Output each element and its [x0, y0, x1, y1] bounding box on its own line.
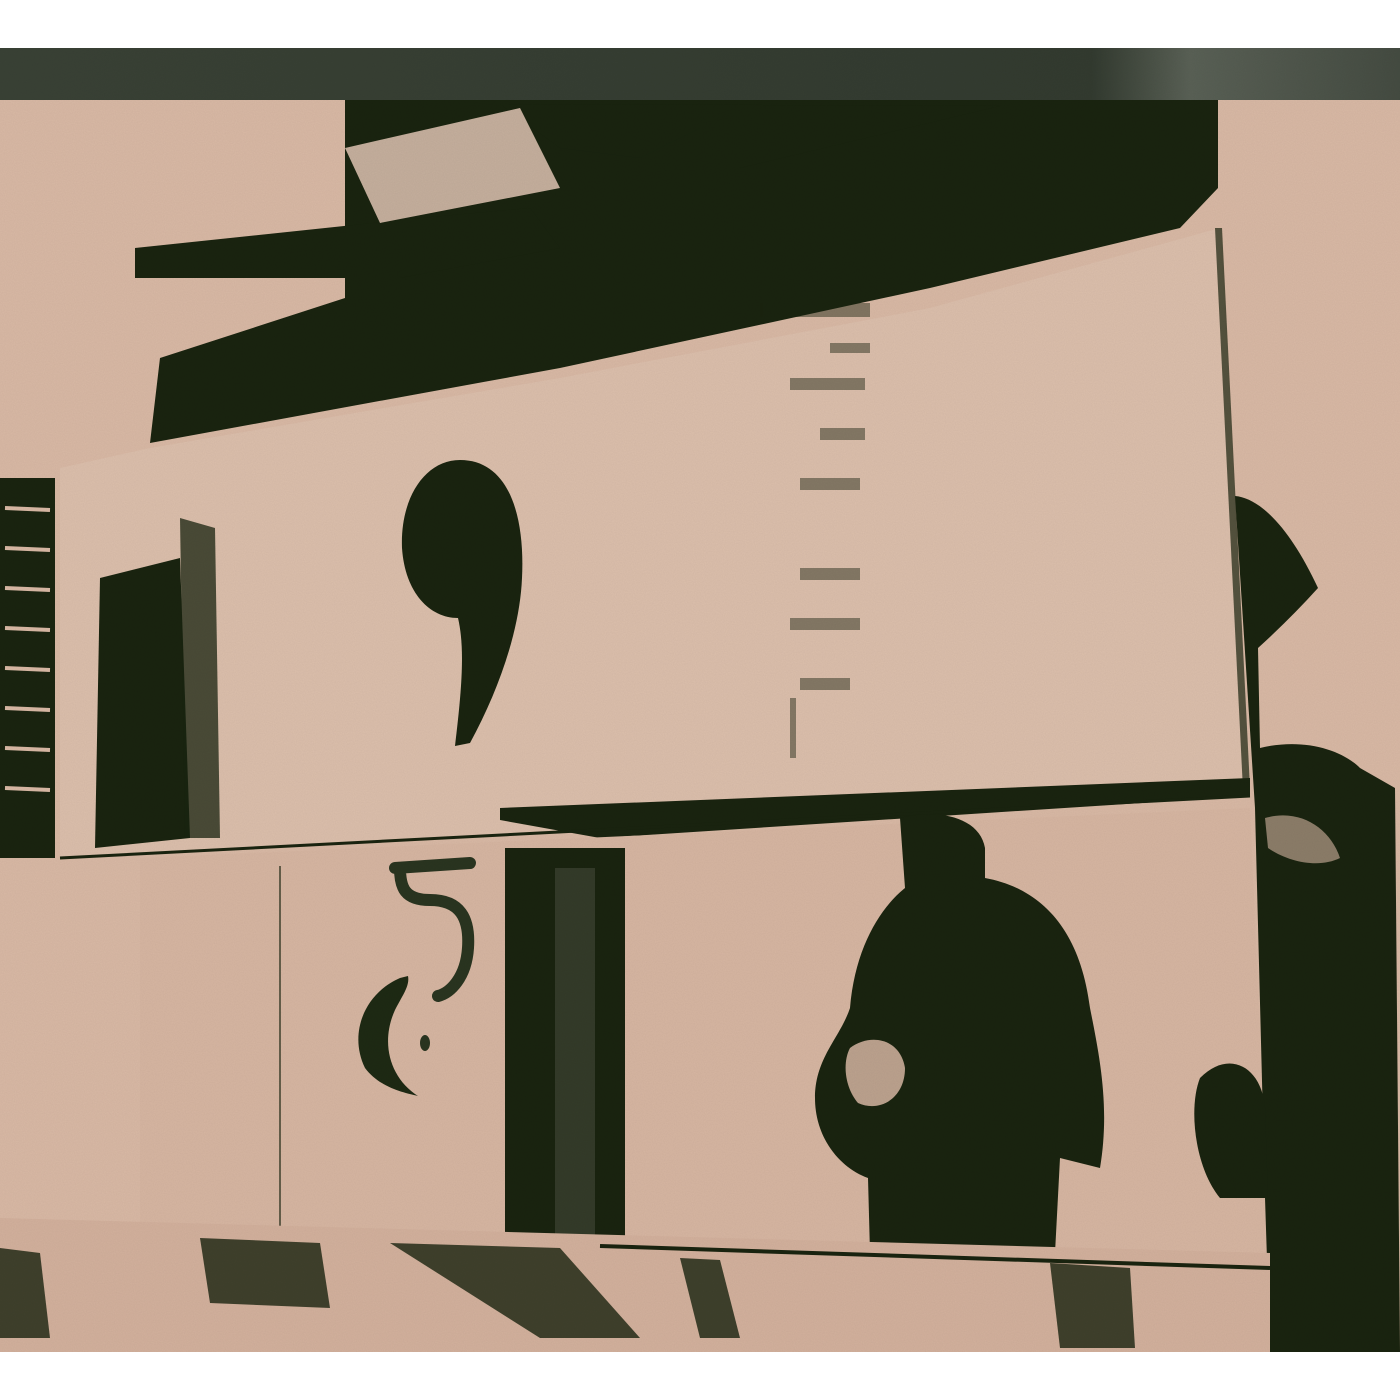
album-artwork	[0, 48, 1400, 1352]
collage-image	[0, 48, 1400, 1352]
